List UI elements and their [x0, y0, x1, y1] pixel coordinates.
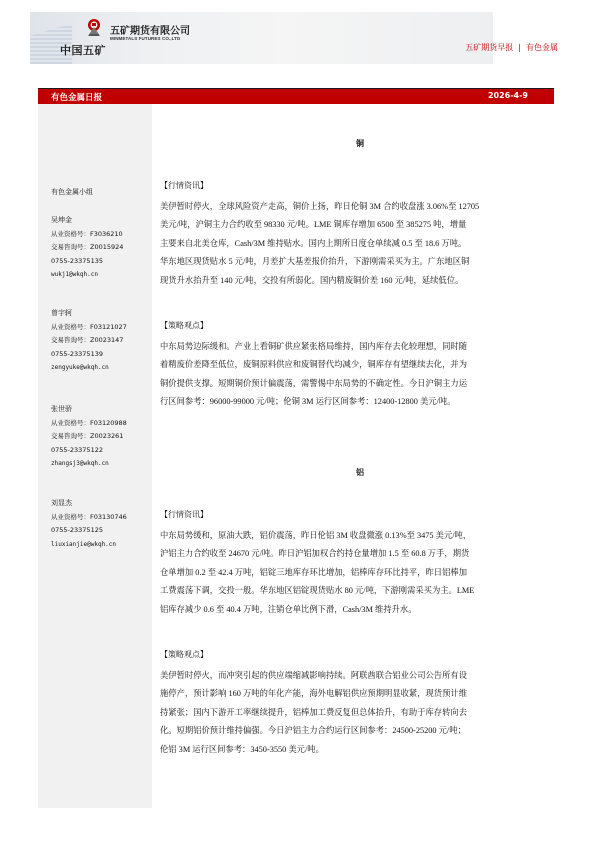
section-title-aluminium: 铝 [160, 467, 560, 478]
analyst-name: 曾宇轲 [51, 307, 127, 321]
report-category: 有色金属 [526, 43, 558, 52]
text-line: 美伊暂时停火，全球风险资产走高，铜价上扬，昨日伦铜 3M 合约收盘涨 3.06%… [160, 198, 558, 216]
analyst-name: 刘显杰 [51, 497, 127, 511]
text-line: 伦铝 3M 运行区间参考：3450-3550 美元/吨。 [160, 741, 558, 759]
aluminium-strategy: 美伊暂时停火，而冲突引起的供应端缩减影响持续。阿联酋联合铝业公司公告所有设 施停… [160, 667, 558, 759]
text-line: 沪铝主力合约收至 24670 元/吨。昨日沪铝加权合约持仓量增加 1.5 至 6… [160, 545, 558, 563]
market-news-label: 【行情资讯】 [160, 180, 208, 191]
strategy-label: 【策略观点】 [160, 649, 208, 660]
analyst-email[interactable]: liuxianjie@wkqh.cn [51, 538, 127, 552]
text-line: 铜价提供支撑。短期铜价预计偏震荡，需警惕中东局势的不确定性。今日沪铜主力运 [160, 375, 558, 393]
aluminium-market-news: 中东局势缓和，原油大跌，铝价震荡，昨日伦铝 3M 收盘微涨 0.13%至 347… [160, 527, 558, 619]
analyst-phone: 0755-23375139 [51, 348, 127, 362]
separator: | [518, 43, 521, 52]
analyst-card: 吴坤金 从业资格号：F3036210 交易咨询号：Z0015924 0755-2… [51, 214, 123, 282]
text-line: 华东地区现货贴水 5 元/吨，月差扩大基差报价抬升，下游刚需采买为主。广东地区铜 [160, 253, 558, 271]
text-line: 行区间参考：96000-99000 元/吨；伦铜 3M 运行区间参考：12400… [160, 393, 558, 411]
analyst-qualification: 从业资格号：F03120988 [51, 417, 127, 431]
group-title: 有色金属小组 [51, 187, 93, 197]
strategy-label: 【策略观点】 [160, 320, 208, 331]
text-line: 主要来自北美仓库，Cash/3M 维持贴水。国内上期所日度仓单续减 0.5 至 … [160, 235, 558, 253]
analyst-email[interactable]: zhangsj3@wkqh.cn [51, 457, 127, 471]
analyst-card: 张世骄 从业资格号：F03120988 交易咨询号：Z0023261 0755-… [51, 403, 127, 471]
copper-market-news: 美伊暂时停火，全球风险资产走高，铜价上扬，昨日伦铜 3M 合约收盘涨 3.06%… [160, 198, 558, 290]
company-logo-icon [86, 19, 102, 37]
company-name-en: MINMETALS FUTURES CO.,LTD [110, 36, 180, 41]
analyst-qualification: 从业资格号：F03121027 [51, 321, 127, 335]
text-line: 持紧张；国内下游开工率继续提升，铝棒加工费反复但总体抬升，有助于库存转向去 [160, 704, 558, 722]
report-series-label: 五矿期货早报|有色金属 [465, 42, 558, 53]
analyst-phone: 0755-23375125 [51, 524, 127, 538]
text-line: 施停产，预计影响 160 万吨的年化产能，海外电解铝供应预期明显收紧，现货预计维 [160, 685, 558, 703]
report-title-bar: 有色金属日报 2026-4-9 [38, 88, 554, 104]
analyst-consulting: 交易咨询号：Z0015924 [51, 241, 123, 255]
analyst-qualification: 从业资格号：F03130746 [51, 511, 127, 525]
analyst-phone: 0755-23375135 [51, 255, 123, 269]
text-line: 美元/吨，沪铜主力合约收至 98330 元/吨。LME 铜库存增加 6500 至… [160, 216, 558, 234]
text-line: 铝库存减少 0.6 至 40.4 万吨，注销仓单比例下滑，Cash/3M 维持升… [160, 601, 558, 619]
logo-text: 中国五矿 [60, 42, 106, 58]
text-line: 仓单增加 0.2 至 42.4 万吨，铝锭三地库存环比增加，铝棒库存环比持平，昨… [160, 564, 558, 582]
analyst-qualification: 从业资格号：F3036210 [51, 228, 123, 242]
text-line: 中东局势缓和，原油大跌，铝价震荡，昨日伦铝 3M 收盘微涨 0.13%至 347… [160, 527, 558, 545]
text-line: 化。短期铝价预计维持偏强。今日沪铝主力合约运行区间参考：24500-25200 … [160, 722, 558, 740]
report-date: 2026-4-9 [488, 91, 528, 100]
analyst-email[interactable]: wukj1@wkqh.cn [51, 268, 123, 282]
analyst-card: 曾宇轲 从业资格号：F03121027 交易咨询号：Z0023147 0755-… [51, 307, 127, 375]
report-series: 五矿期货早报 [465, 43, 513, 52]
company-name: 五矿期货有限公司 [110, 22, 190, 37]
section-title-copper: 铜 [160, 138, 560, 149]
text-line: 中东局势边际缓和。产业上看铜矿供应紧张格局维持，国内库存去化较理想，同时随 [160, 338, 558, 356]
analyst-name: 吴坤金 [51, 214, 123, 228]
report-title: 有色金属日报 [51, 91, 102, 103]
copper-strategy: 中东局势边际缓和。产业上看铜矿供应紧张格局维持，国内库存去化较理想，同时随 着精… [160, 338, 558, 412]
text-line: 工费震荡下调，交投一般。华东地区铝锭现货贴水 80 元/吨，下游刚需采买为主。L… [160, 582, 558, 600]
analyst-phone: 0755-23375122 [51, 444, 127, 458]
market-news-label: 【行情资讯】 [160, 509, 208, 520]
text-line: 着精废价差降至低位，废铜原料供应和废铜替代均减少，铜库存有望继续去化，并为 [160, 356, 558, 374]
analyst-name: 张世骄 [51, 403, 127, 417]
text-line: 现货升水抬升至 140 元/吨，交投有所弱化。国内精废铜价差 160 元/吨，延… [160, 272, 558, 290]
analyst-consulting: 交易咨询号：Z0023147 [51, 334, 127, 348]
text-line: 美伊暂时停火，而冲突引起的供应端缩减影响持续。阿联酋联合铝业公司公告所有设 [160, 667, 558, 685]
analyst-sidebar: 有色金属小组 吴坤金 从业资格号：F3036210 交易咨询号：Z0015924… [38, 104, 152, 808]
analyst-email[interactable]: zengyuke@wkqh.cn [51, 361, 127, 375]
analyst-card: 刘显杰 从业资格号：F03130746 0755-23375125 liuxia… [51, 497, 127, 551]
analyst-consulting: 交易咨询号：Z0023261 [51, 430, 127, 444]
